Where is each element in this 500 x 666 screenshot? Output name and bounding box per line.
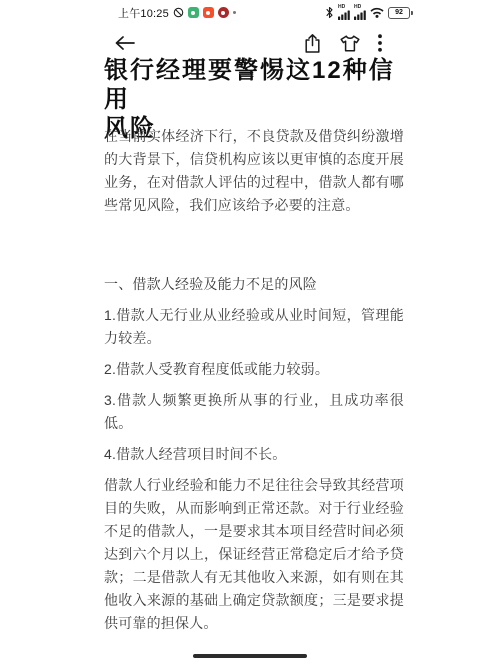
discussion-paragraph: 借款人行业经验和能力不足往往会导致其经营项目的失败，从而影响到正常还款。对于行业… bbox=[104, 474, 404, 635]
signal-sim1-icon: HD bbox=[338, 5, 350, 20]
article-body: 在当前实体经济下行，不良贷款及借贷纠纷激增的大背景下，信贷机构应该以更审慎的态度… bbox=[104, 125, 404, 635]
status-bar: 上午10:25 HD HD bbox=[118, 4, 413, 21]
clock: 上午10:25 bbox=[118, 5, 169, 21]
notification-overflow-dot bbox=[233, 11, 236, 14]
nav-actions bbox=[303, 33, 382, 54]
risk-item-2: 2.借款人受教育程度低或能力较弱。 bbox=[104, 358, 404, 381]
risk-item-4: 4.借款人经营项目时间不长。 bbox=[104, 443, 404, 466]
home-indicator[interactable] bbox=[193, 654, 307, 658]
signal-sim2-icon: HD bbox=[354, 5, 366, 20]
battery-percent: 92 bbox=[388, 7, 410, 19]
back-button[interactable] bbox=[114, 35, 136, 51]
nav-bar bbox=[114, 30, 382, 56]
tshirt-icon bbox=[339, 34, 361, 53]
app-notification-icon-orange bbox=[203, 7, 214, 18]
app-notification-icon-red bbox=[218, 7, 229, 18]
bluetooth-icon bbox=[325, 6, 334, 19]
battery-icon: 92 bbox=[388, 7, 413, 19]
section-heading: 一、借款人经验及能力不足的风险 bbox=[104, 273, 404, 296]
risk-item-3: 3.借款人频繁更换所从事的行业，且成功率很低。 bbox=[104, 389, 404, 435]
status-bar-right: HD HD 92 bbox=[325, 5, 413, 20]
app-notification-icon-green bbox=[188, 7, 199, 18]
more-button[interactable] bbox=[378, 34, 382, 52]
back-arrow-icon bbox=[114, 35, 136, 51]
status-bar-left: 上午10:25 bbox=[118, 5, 236, 21]
theme-button[interactable] bbox=[339, 34, 361, 53]
share-button[interactable] bbox=[303, 33, 322, 54]
mute-icon bbox=[173, 7, 184, 18]
risk-item-1: 1.借款人无行业从业经验或从业时间短，管理能力较差。 bbox=[104, 304, 404, 350]
intro-paragraph: 在当前实体经济下行，不良贷款及借贷纠纷激增的大背景下，信贷机构应该以更审慎的态度… bbox=[104, 125, 404, 217]
more-dots-icon bbox=[378, 34, 382, 52]
phone-screen: 上午10:25 HD HD bbox=[0, 0, 500, 666]
article-title-line1: 银行经理要警惕这12种信用 bbox=[104, 56, 414, 114]
share-icon bbox=[303, 33, 322, 54]
wifi-icon bbox=[370, 7, 384, 18]
